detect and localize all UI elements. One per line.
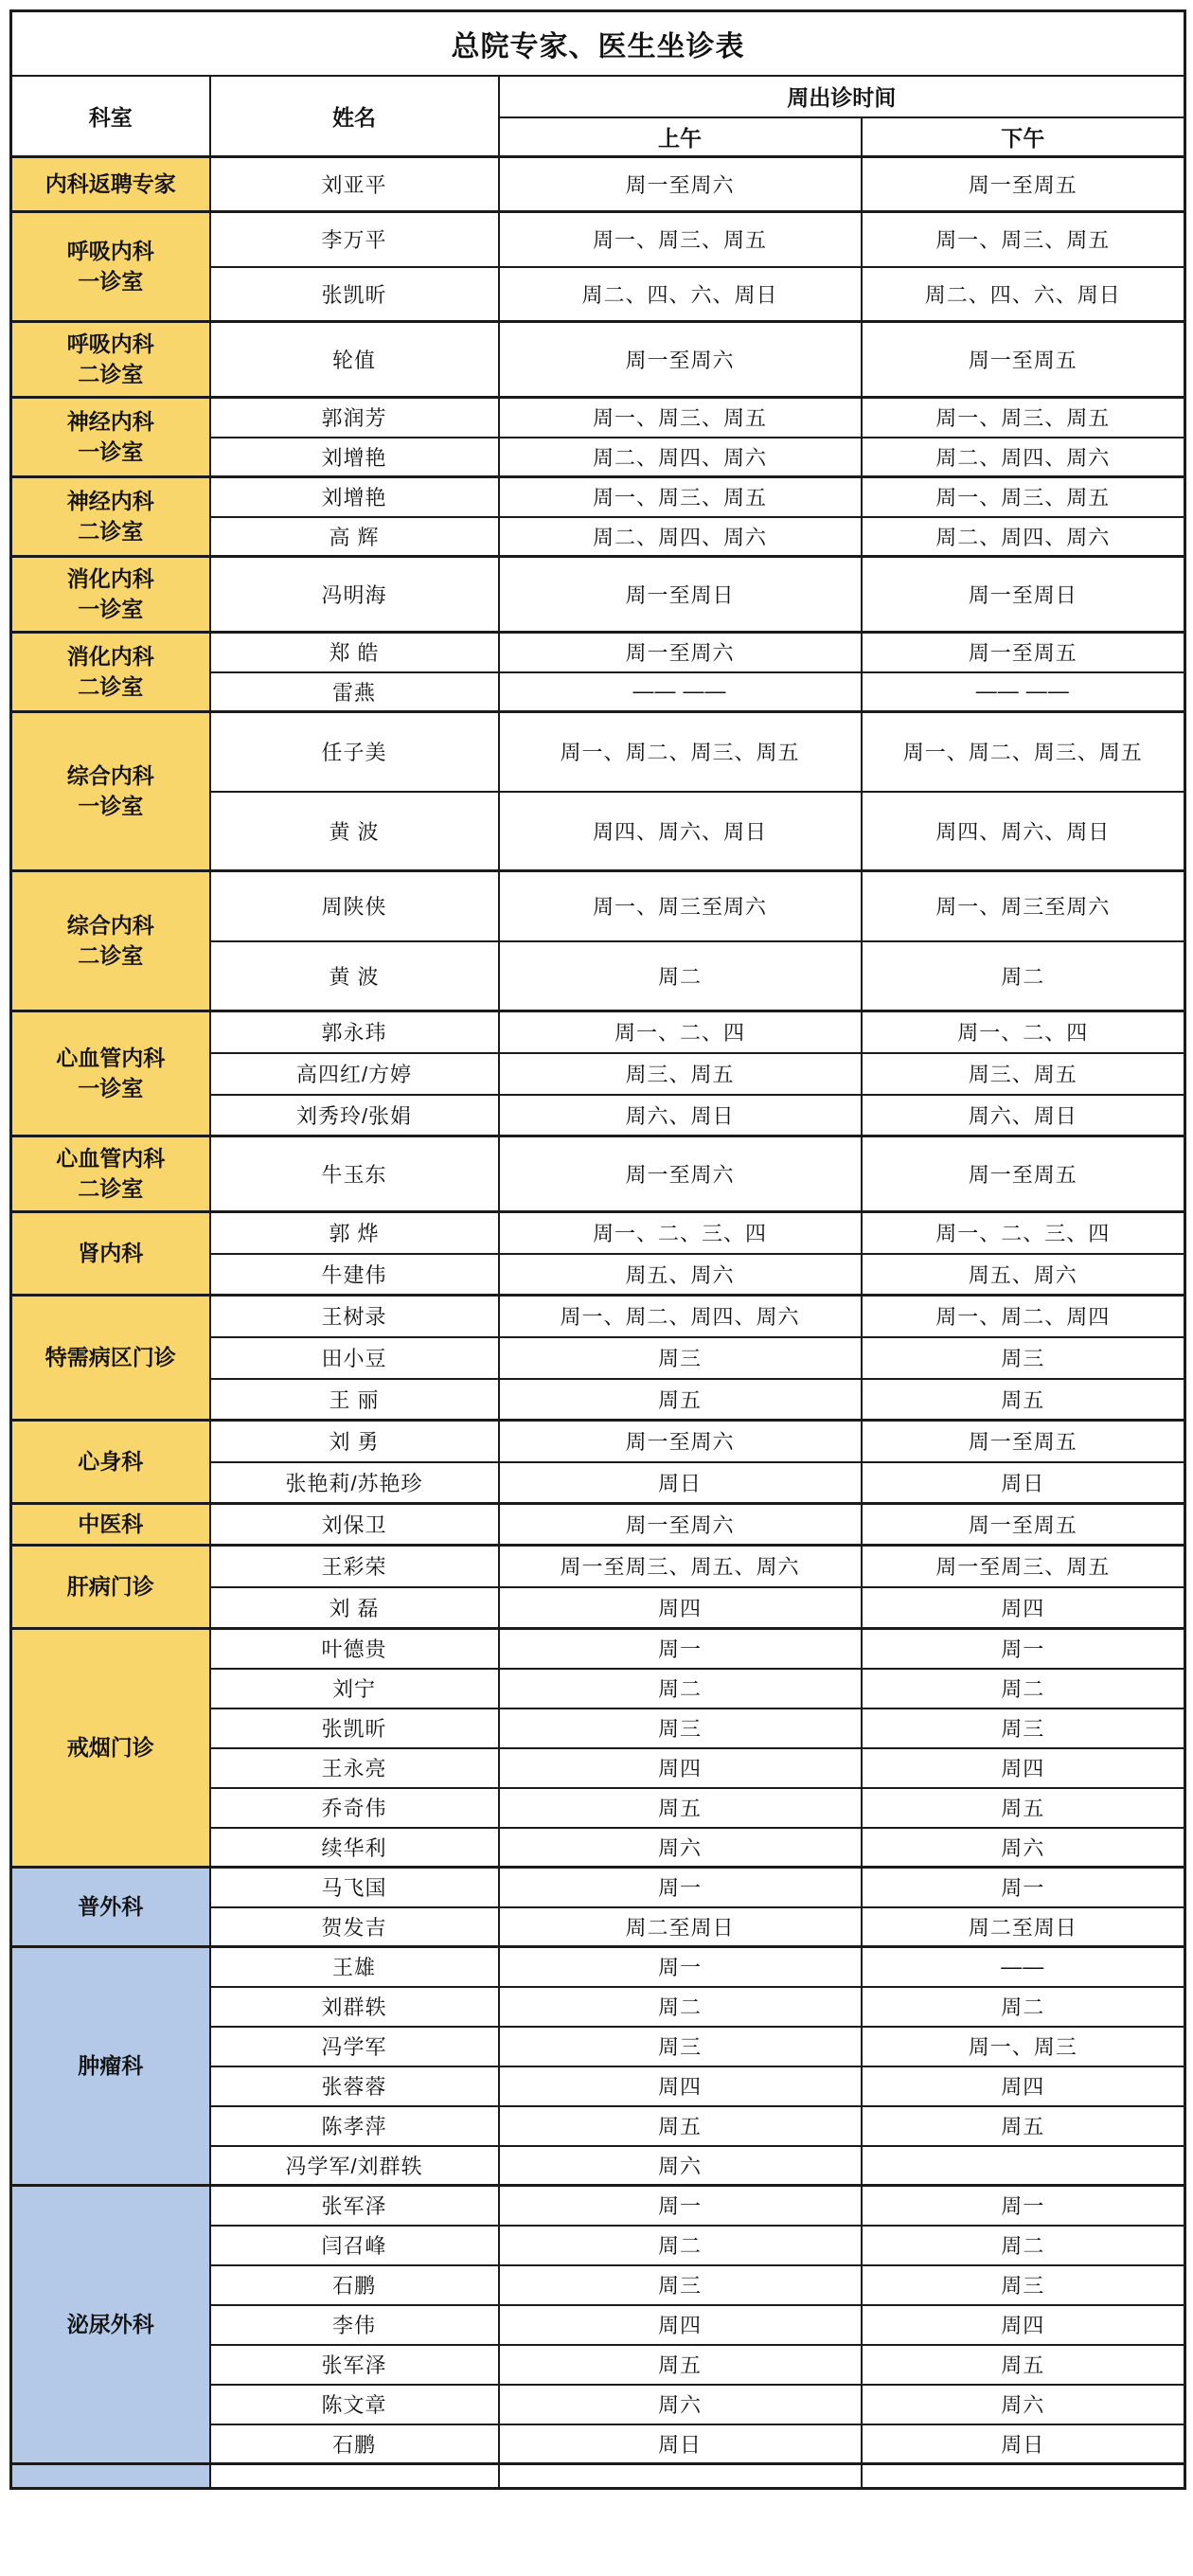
pm-schedule-cell: 周四 bbox=[862, 1587, 1185, 1629]
am-schedule-cell: 周一、周二、周三、周五 bbox=[499, 712, 862, 792]
table-row bbox=[11, 2464, 1185, 2489]
am-schedule-cell: 周日 bbox=[499, 2424, 862, 2464]
pm-schedule-cell: 周三、周五 bbox=[862, 1053, 1185, 1095]
am-schedule-cell: 周五 bbox=[499, 2345, 862, 2385]
dept-cell: 泌尿外科 bbox=[11, 2186, 210, 2464]
am-schedule-cell: 周一、二、四 bbox=[499, 1011, 862, 1053]
table-row: 肝病门诊王彩荣周一至周三、周五、周六周一至周三、周五 bbox=[11, 1546, 1185, 1587]
am-schedule-cell: 周二、周四、周六 bbox=[499, 517, 862, 557]
am-schedule-cell: 周三 bbox=[499, 1337, 862, 1379]
doctor-name-cell: 任子美 bbox=[210, 712, 499, 792]
dept-cell bbox=[11, 2464, 210, 2489]
dept-cell: 心血管内科 二诊室 bbox=[11, 1136, 210, 1212]
dept-cell: 神经内科 一诊室 bbox=[11, 398, 210, 477]
table-row: 消化内科 一诊室冯明海周一至周日周一至周日 bbox=[11, 557, 1185, 633]
table-row: 内科返聘专家刘亚平周一至周六周一至周五 bbox=[11, 157, 1185, 212]
table-row: 综合内科 二诊室周陕侠周一、周三至周六周一、周三至周六 bbox=[11, 871, 1185, 941]
pm-schedule-cell: 周一 bbox=[862, 1868, 1185, 1907]
pm-schedule-cell: 周四 bbox=[862, 2066, 1185, 2106]
am-schedule-cell: 周五 bbox=[499, 1379, 862, 1421]
pm-schedule-cell: 周一、周三、周五 bbox=[862, 398, 1185, 438]
pm-schedule-cell: 周二 bbox=[862, 1669, 1185, 1708]
dept-cell: 戒烟门诊 bbox=[11, 1629, 210, 1868]
pm-schedule-cell: 周六、周日 bbox=[862, 1095, 1185, 1136]
am-schedule-cell: 周二 bbox=[499, 1669, 862, 1708]
pm-schedule-cell: 周一至周五 bbox=[862, 1136, 1185, 1212]
dept-cell: 特需病区门诊 bbox=[11, 1296, 210, 1421]
pm-schedule-cell: 周六 bbox=[862, 1828, 1185, 1868]
doctor-name-cell: 周陕侠 bbox=[210, 871, 499, 941]
schedule-table: 总院专家、医生坐诊表 科室 姓名 周出诊时间 上午 下午 内科返聘专家刘亚平周一… bbox=[9, 9, 1186, 2490]
table-row: 综合内科 一诊室任子美周一、周二、周三、周五周一、周二、周三、周五 bbox=[11, 712, 1185, 792]
dept-cell: 综合内科 一诊室 bbox=[11, 712, 210, 871]
pm-schedule-cell: 周四 bbox=[862, 1748, 1185, 1788]
am-schedule-cell: 周一至周六 bbox=[499, 1421, 862, 1462]
pm-schedule-cell: 周六 bbox=[862, 2385, 1185, 2424]
pm-schedule-cell: 周五 bbox=[862, 1788, 1185, 1828]
pm-schedule-cell: 周一至周五 bbox=[862, 322, 1185, 398]
doctor-name-cell: 郭永玮 bbox=[210, 1011, 499, 1053]
am-schedule-cell: 周二 bbox=[499, 941, 862, 1011]
doctor-name-cell: 张凯昕 bbox=[210, 1708, 499, 1748]
am-schedule-cell: 周一 bbox=[499, 1868, 862, 1907]
pm-schedule-cell: 周一至周五 bbox=[862, 1421, 1185, 1462]
doctor-name-cell: 刘保卫 bbox=[210, 1504, 499, 1546]
page-title: 总院专家、医生坐诊表 bbox=[11, 11, 1185, 76]
dept-cell: 综合内科 二诊室 bbox=[11, 871, 210, 1011]
am-schedule-cell: 周二、四、六、周日 bbox=[499, 267, 862, 322]
am-schedule-cell: 周一 bbox=[499, 1629, 862, 1669]
doctor-name-cell: 高 辉 bbox=[210, 517, 499, 557]
column-header-pm: 下午 bbox=[862, 117, 1185, 157]
dept-cell: 消化内科 二诊室 bbox=[11, 633, 210, 712]
pm-schedule-cell: 周五 bbox=[862, 1379, 1185, 1421]
doctor-name-cell: 王雄 bbox=[210, 1947, 499, 1987]
pm-schedule-cell: 周五、周六 bbox=[862, 1254, 1185, 1296]
dept-cell: 神经内科 二诊室 bbox=[11, 477, 210, 557]
am-schedule-cell: 周二至周日 bbox=[499, 1907, 862, 1947]
pm-schedule-cell: —— —— bbox=[862, 672, 1185, 712]
dept-cell: 肾内科 bbox=[11, 1212, 210, 1296]
doctor-name-cell bbox=[210, 2464, 499, 2489]
doctor-name-cell: 陈文章 bbox=[210, 2385, 499, 2424]
doctor-name-cell: 刘宁 bbox=[210, 1669, 499, 1708]
pm-schedule-cell bbox=[862, 2464, 1185, 2489]
doctor-name-cell: 黄 波 bbox=[210, 941, 499, 1011]
doctor-name-cell: 李伟 bbox=[210, 2305, 499, 2345]
pm-schedule-cell: 周二、周四、周六 bbox=[862, 438, 1185, 477]
pm-schedule-cell: 周二、周四、周六 bbox=[862, 517, 1185, 557]
am-schedule-cell: 周六、周日 bbox=[499, 1095, 862, 1136]
am-schedule-cell: 周四 bbox=[499, 1748, 862, 1788]
pm-schedule-cell: 周一、二、三、四 bbox=[862, 1212, 1185, 1254]
am-schedule-cell: —— —— bbox=[499, 672, 862, 712]
am-schedule-cell: 周日 bbox=[499, 1462, 862, 1504]
doctor-name-cell: 冯明海 bbox=[210, 557, 499, 633]
table-row: 神经内科 二诊室刘增艳周一、周三、周五周一、周三、周五 bbox=[11, 477, 1185, 517]
pm-schedule-cell: 周一、周三、周五 bbox=[862, 212, 1185, 267]
am-schedule-cell: 周五、周六 bbox=[499, 1254, 862, 1296]
am-schedule-cell: 周一 bbox=[499, 2186, 862, 2226]
pm-schedule-cell: 周一 bbox=[862, 2186, 1185, 2226]
table-row: 心血管内科 二诊室牛玉东周一至周六周一至周五 bbox=[11, 1136, 1185, 1212]
dept-cell: 呼吸内科 一诊室 bbox=[11, 212, 210, 322]
am-schedule-cell: 周三 bbox=[499, 2265, 862, 2305]
doctor-name-cell: 闫召峰 bbox=[210, 2226, 499, 2265]
doctor-name-cell: 刘群轶 bbox=[210, 1987, 499, 2027]
am-schedule-cell: 周一、二、三、四 bbox=[499, 1212, 862, 1254]
doctor-name-cell: 张蓉蓉 bbox=[210, 2066, 499, 2106]
pm-schedule-cell: 周二至周日 bbox=[862, 1907, 1185, 1947]
doctor-name-cell: 陈孝萍 bbox=[210, 2106, 499, 2146]
am-schedule-cell: 周四 bbox=[499, 2066, 862, 2106]
am-schedule-cell: 周六 bbox=[499, 2385, 862, 2424]
pm-schedule-cell: 周二、四、六、周日 bbox=[862, 267, 1185, 322]
doctor-name-cell: 张艳莉/苏艳珍 bbox=[210, 1462, 499, 1504]
header-row-1: 科室 姓名 周出诊时间 bbox=[11, 76, 1185, 117]
am-schedule-cell: 周一至周三、周五、周六 bbox=[499, 1546, 862, 1587]
doctor-name-cell: 雷燕 bbox=[210, 672, 499, 712]
doctor-name-cell: 高四红/方婷 bbox=[210, 1053, 499, 1095]
am-schedule-cell: 周六 bbox=[499, 1828, 862, 1868]
doctor-name-cell: 刘秀玲/张娟 bbox=[210, 1095, 499, 1136]
doctor-name-cell: 张军泽 bbox=[210, 2345, 499, 2385]
doctor-name-cell: 冯学军 bbox=[210, 2027, 499, 2066]
doctor-name-cell: 贺发吉 bbox=[210, 1907, 499, 1947]
pm-schedule-cell: 周三 bbox=[862, 1708, 1185, 1748]
doctor-name-cell: 王永亮 bbox=[210, 1748, 499, 1788]
dept-cell: 呼吸内科 二诊室 bbox=[11, 322, 210, 398]
am-schedule-cell: 周五 bbox=[499, 1788, 862, 1828]
column-header-schedule-group: 周出诊时间 bbox=[499, 76, 1185, 117]
pm-schedule-cell bbox=[862, 2146, 1185, 2186]
doctor-name-cell: 刘 磊 bbox=[210, 1587, 499, 1629]
am-schedule-cell: 周一至周六 bbox=[499, 157, 862, 212]
pm-schedule-cell: 周日 bbox=[862, 1462, 1185, 1504]
doctor-name-cell: 李万平 bbox=[210, 212, 499, 267]
doctor-name-cell: 张凯昕 bbox=[210, 267, 499, 322]
pm-schedule-cell: 周日 bbox=[862, 2424, 1185, 2464]
pm-schedule-cell: 周一、周三、周五 bbox=[862, 477, 1185, 517]
table-row: 肿瘤科王雄周一—— bbox=[11, 1947, 1185, 1987]
table-row: 心血管内科 一诊室郭永玮周一、二、四周一、二、四 bbox=[11, 1011, 1185, 1053]
pm-schedule-cell: 周二 bbox=[862, 2226, 1185, 2265]
pm-schedule-cell: 周四 bbox=[862, 2305, 1185, 2345]
am-schedule-cell: 周二 bbox=[499, 1987, 862, 2027]
table-row: 泌尿外科张军泽周一周一 bbox=[11, 2186, 1185, 2226]
doctor-name-cell: 马飞国 bbox=[210, 1868, 499, 1907]
pm-schedule-cell: 周一至周三、周五 bbox=[862, 1546, 1185, 1587]
pm-schedule-cell: 周一、周二、周三、周五 bbox=[862, 712, 1185, 792]
doctor-name-cell: 郭润芳 bbox=[210, 398, 499, 438]
am-schedule-cell: 周一至周六 bbox=[499, 1504, 862, 1546]
table-row: 戒烟门诊叶德贵周一周一 bbox=[11, 1629, 1185, 1669]
doctor-name-cell: 刘增艳 bbox=[210, 477, 499, 517]
pm-schedule-cell: 周一、周三 bbox=[862, 2027, 1185, 2066]
dept-cell: 内科返聘专家 bbox=[11, 157, 210, 212]
doctor-name-cell: 续华利 bbox=[210, 1828, 499, 1868]
doctor-name-cell: 郑 皓 bbox=[210, 633, 499, 672]
pm-schedule-cell: 周二 bbox=[862, 1987, 1185, 2027]
table-row: 中医科刘保卫周一至周六周一至周五 bbox=[11, 1504, 1185, 1546]
dept-cell: 肿瘤科 bbox=[11, 1947, 210, 2186]
pm-schedule-cell: 周一至周五 bbox=[862, 1504, 1185, 1546]
pm-schedule-cell: 周一 bbox=[862, 1629, 1185, 1669]
pm-schedule-cell: 周一至周日 bbox=[862, 557, 1185, 633]
am-schedule-cell: 周一至周六 bbox=[499, 322, 862, 398]
table-row: 呼吸内科 二诊室轮值周一至周六周一至周五 bbox=[11, 322, 1185, 398]
dept-cell: 中医科 bbox=[11, 1504, 210, 1546]
pm-schedule-cell: 周五 bbox=[862, 2345, 1185, 2385]
am-schedule-cell: 周四 bbox=[499, 1587, 862, 1629]
pm-schedule-cell: 周五 bbox=[862, 2106, 1185, 2146]
am-schedule-cell: 周一、周三、周五 bbox=[499, 398, 862, 438]
am-schedule-cell: 周三 bbox=[499, 1708, 862, 1748]
am-schedule-cell bbox=[499, 2464, 862, 2489]
doctor-name-cell: 郭 烨 bbox=[210, 1212, 499, 1254]
doctor-name-cell: 冯学军/刘群轶 bbox=[210, 2146, 499, 2186]
pm-schedule-cell: 周三 bbox=[862, 1337, 1185, 1379]
title-row: 总院专家、医生坐诊表 bbox=[11, 11, 1185, 76]
doctor-name-cell: 张军泽 bbox=[210, 2186, 499, 2226]
doctor-name-cell: 石鹏 bbox=[210, 2424, 499, 2464]
pm-schedule-cell: 周一至周五 bbox=[862, 157, 1185, 212]
am-schedule-cell: 周一 bbox=[499, 1947, 862, 1987]
doctor-name-cell: 刘增艳 bbox=[210, 438, 499, 477]
pm-schedule-cell: 周四、周六、周日 bbox=[862, 792, 1185, 871]
dept-cell: 心身科 bbox=[11, 1421, 210, 1504]
pm-schedule-cell: 周一至周五 bbox=[862, 633, 1185, 672]
am-schedule-cell: 周四 bbox=[499, 2305, 862, 2345]
doctor-name-cell: 叶德贵 bbox=[210, 1629, 499, 1669]
doctor-name-cell: 刘亚平 bbox=[210, 157, 499, 212]
doctor-name-cell: 田小豆 bbox=[210, 1337, 499, 1379]
pm-schedule-cell: 周二 bbox=[862, 941, 1185, 1011]
pm-schedule-cell: 周一、二、四 bbox=[862, 1011, 1185, 1053]
am-schedule-cell: 周二、周四、周六 bbox=[499, 438, 862, 477]
am-schedule-cell: 周三、周五 bbox=[499, 1053, 862, 1095]
doctor-name-cell: 王彩荣 bbox=[210, 1546, 499, 1587]
pm-schedule-cell: 周一、周三至周六 bbox=[862, 871, 1185, 941]
table-row: 呼吸内科 一诊室李万平周一、周三、周五周一、周三、周五 bbox=[11, 212, 1185, 267]
doctor-name-cell: 牛建伟 bbox=[210, 1254, 499, 1296]
column-header-name: 姓名 bbox=[210, 76, 499, 157]
column-header-am: 上午 bbox=[499, 117, 862, 157]
doctor-name-cell: 刘 勇 bbox=[210, 1421, 499, 1462]
table-row: 心身科刘 勇周一至周六周一至周五 bbox=[11, 1421, 1185, 1462]
doctor-name-cell: 黄 波 bbox=[210, 792, 499, 871]
dept-cell: 普外科 bbox=[11, 1868, 210, 1947]
am-schedule-cell: 周一、周三至周六 bbox=[499, 871, 862, 941]
page: 总院专家、医生坐诊表 科室 姓名 周出诊时间 上午 下午 内科返聘专家刘亚平周一… bbox=[0, 0, 1193, 2576]
am-schedule-cell: 周一、周三、周五 bbox=[499, 212, 862, 267]
table-row: 特需病区门诊王树录周一、周二、周四、周六周一、周二、周四 bbox=[11, 1296, 1185, 1337]
doctor-name-cell: 王树录 bbox=[210, 1296, 499, 1337]
pm-schedule-cell: 周三 bbox=[862, 2265, 1185, 2305]
column-header-dept: 科室 bbox=[11, 76, 210, 157]
am-schedule-cell: 周三 bbox=[499, 2027, 862, 2066]
doctor-name-cell: 牛玉东 bbox=[210, 1136, 499, 1212]
table-row: 普外科马飞国周一周一 bbox=[11, 1868, 1185, 1907]
am-schedule-cell: 周一至周日 bbox=[499, 557, 862, 633]
am-schedule-cell: 周一、周三、周五 bbox=[499, 477, 862, 517]
am-schedule-cell: 周六 bbox=[499, 2146, 862, 2186]
am-schedule-cell: 周二 bbox=[499, 2226, 862, 2265]
dept-cell: 肝病门诊 bbox=[11, 1546, 210, 1629]
doctor-name-cell: 王 丽 bbox=[210, 1379, 499, 1421]
am-schedule-cell: 周一至周六 bbox=[499, 1136, 862, 1212]
table-row: 神经内科 一诊室郭润芳周一、周三、周五周一、周三、周五 bbox=[11, 398, 1185, 438]
dept-cell: 心血管内科 一诊室 bbox=[11, 1011, 210, 1136]
table-row: 消化内科 二诊室郑 皓周一至周六周一至周五 bbox=[11, 633, 1185, 672]
am-schedule-cell: 周一、周二、周四、周六 bbox=[499, 1296, 862, 1337]
pm-schedule-cell: —— bbox=[862, 1947, 1185, 1987]
pm-schedule-cell: 周一、周二、周四 bbox=[862, 1296, 1185, 1337]
am-schedule-cell: 周四、周六、周日 bbox=[499, 792, 862, 871]
am-schedule-cell: 周一至周六 bbox=[499, 633, 862, 672]
am-schedule-cell: 周五 bbox=[499, 2106, 862, 2146]
doctor-name-cell: 轮值 bbox=[210, 322, 499, 398]
dept-cell: 消化内科 一诊室 bbox=[11, 557, 210, 633]
table-row: 肾内科郭 烨周一、二、三、四周一、二、三、四 bbox=[11, 1212, 1185, 1254]
doctor-name-cell: 乔奇伟 bbox=[210, 1788, 499, 1828]
doctor-name-cell: 石鹏 bbox=[210, 2265, 499, 2305]
